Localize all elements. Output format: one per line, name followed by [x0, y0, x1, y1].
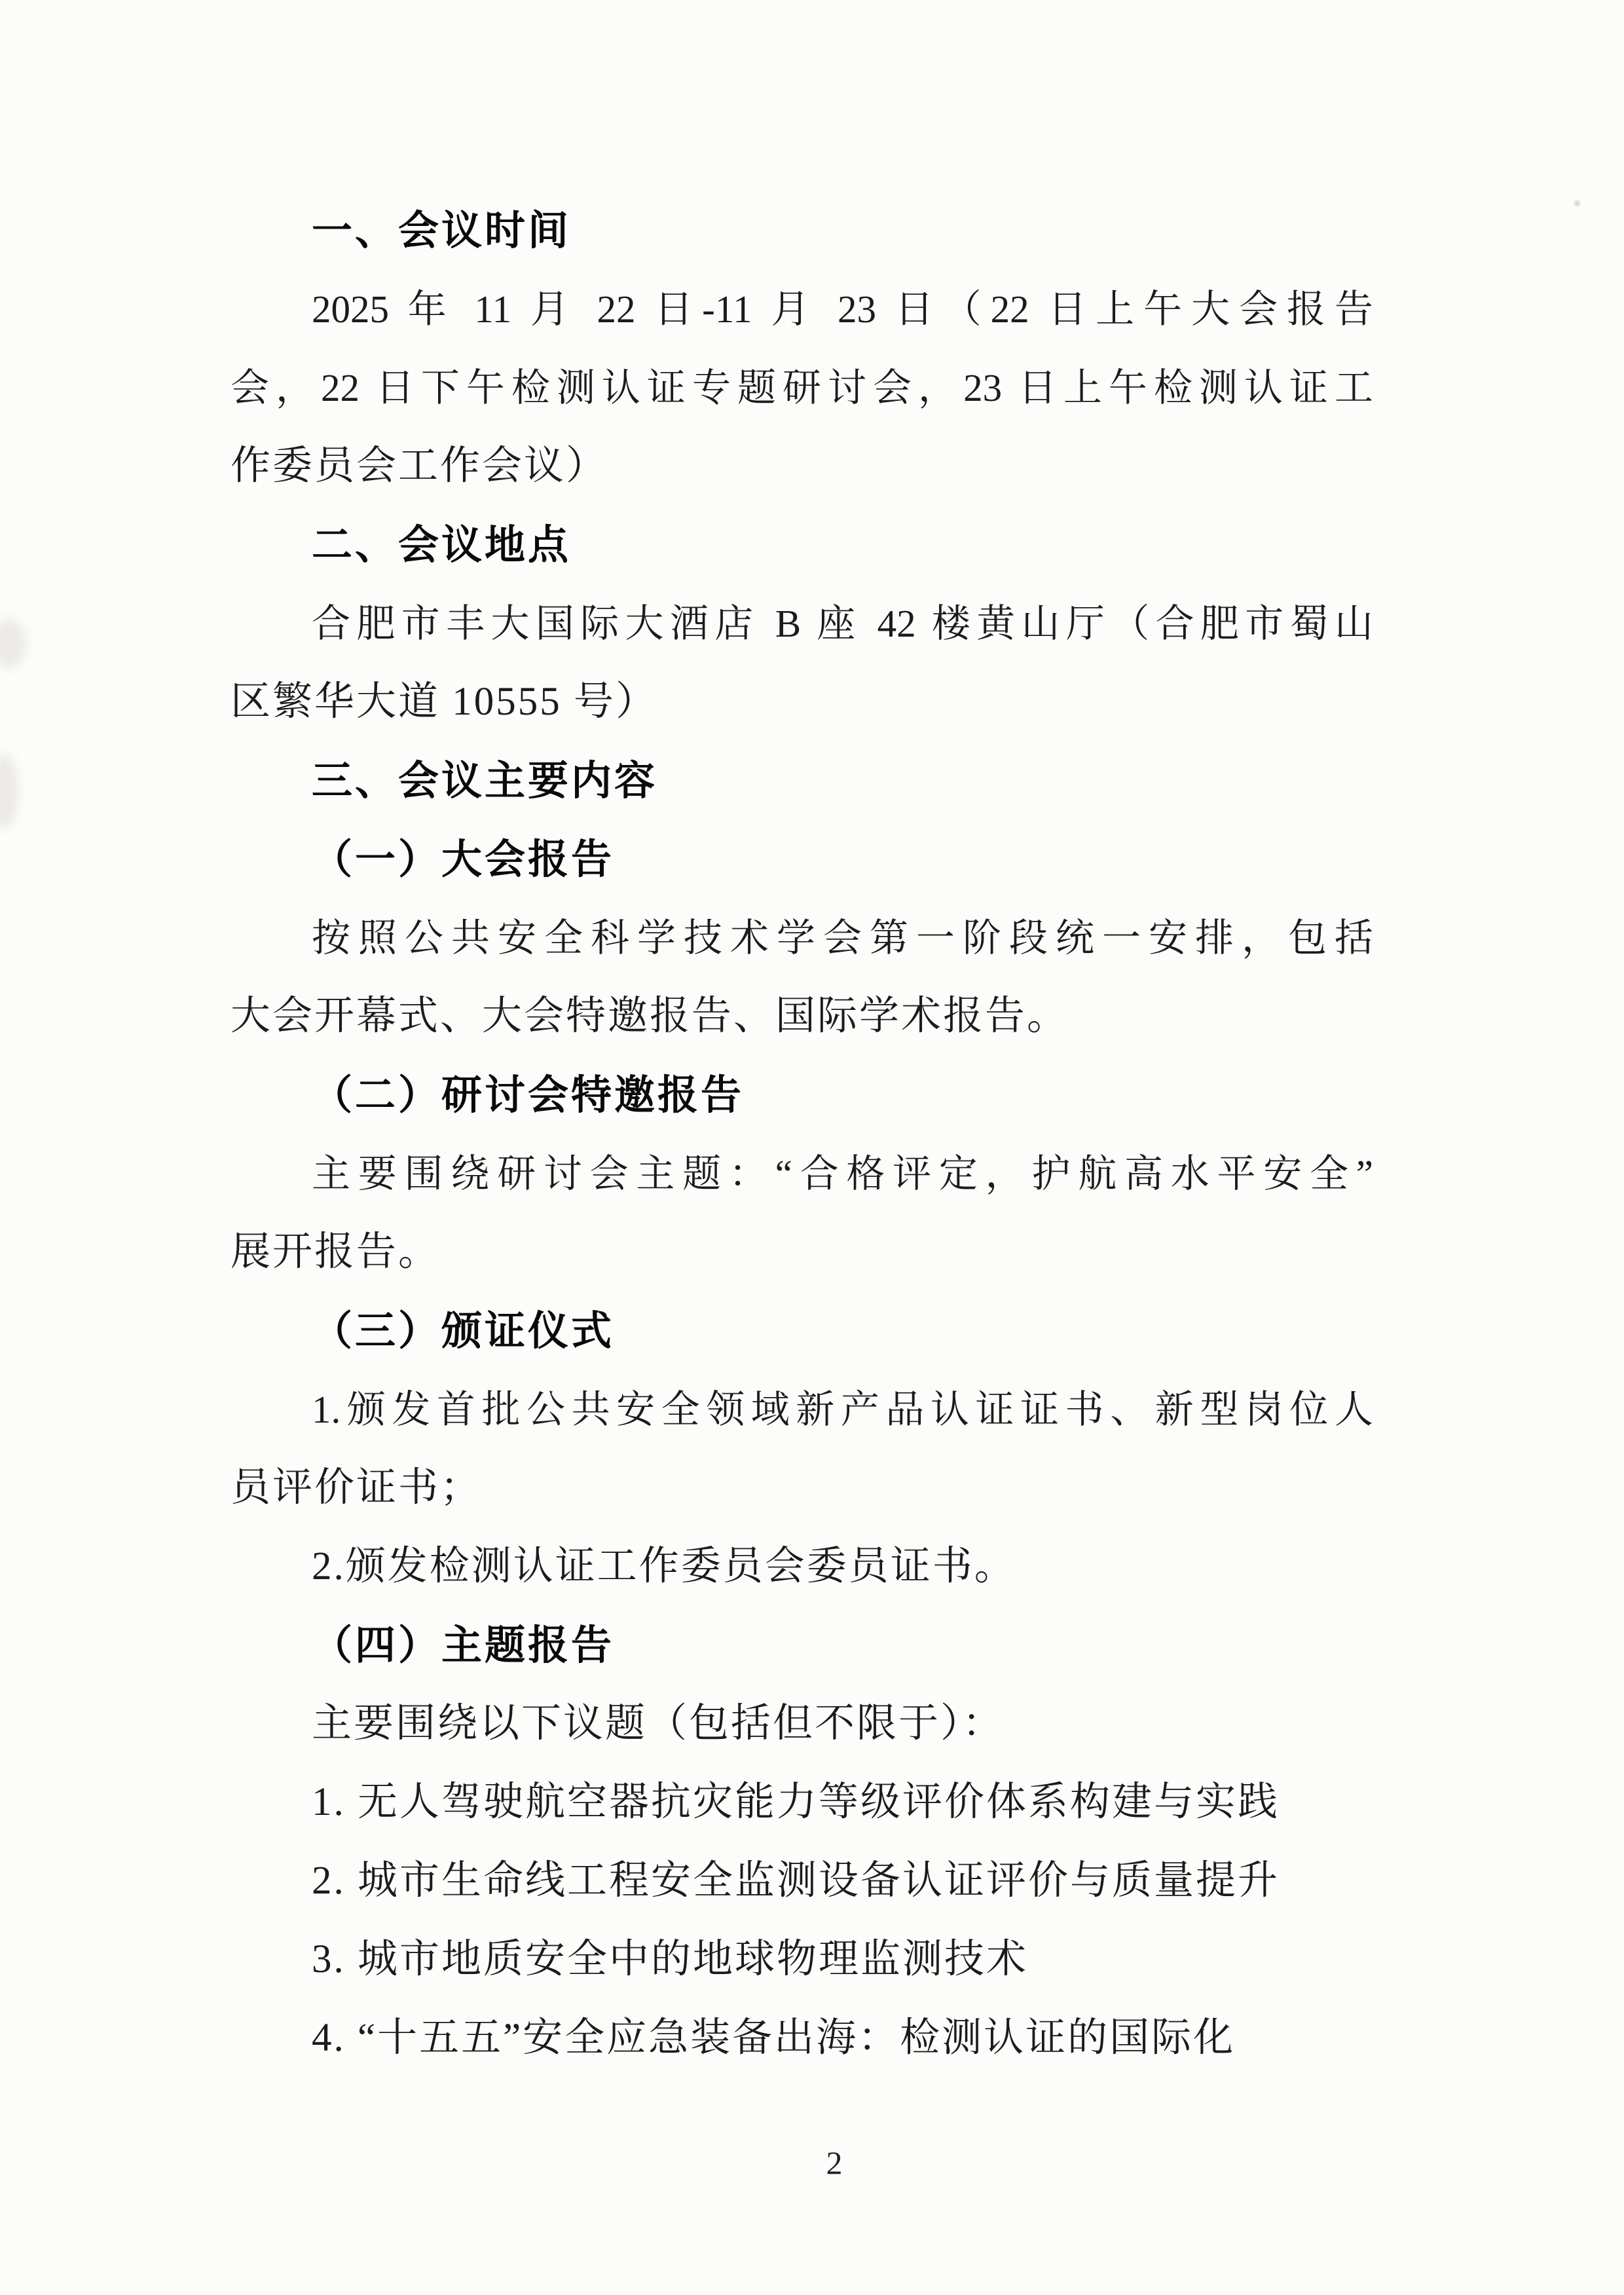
document-body: 一、会议时间2025 年 11 月 22 日-11 月 23 日（22 日上午大…: [231, 191, 1373, 2078]
document-line: 区繁华大道 10555 号）: [231, 663, 1373, 741]
section-heading: （四）主题报告: [231, 1606, 1373, 1685]
document-line: 主要围绕以下议题（包括但不限于）：: [231, 1685, 1373, 1763]
document-line: 4. “十五五”安全应急装备出海：检测认证的国际化: [231, 1999, 1373, 2078]
document-line: 2. 城市生命线工程安全监测设备认证评价与质量提升: [231, 1842, 1373, 1920]
section-heading: 三、会议主要内容: [231, 741, 1373, 820]
scan-artifact: [0, 753, 18, 829]
document-line: 3. 城市地质安全中的地球物理监测技术: [231, 1920, 1373, 1999]
section-heading: 二、会议地点: [231, 506, 1373, 584]
document-line: 大会开幕式、大会特邀报告、国际学术报告。: [231, 977, 1373, 1056]
document-line: 2.颁发检测认证工作委员会委员证书。: [231, 1527, 1373, 1606]
scan-artifact: [1574, 200, 1580, 206]
document-line: 合肥市丰大国际大酒店 B 座 42 楼黄山厅（合肥市蜀山: [231, 584, 1373, 663]
page-number: 2: [22, 2136, 1624, 2189]
document-line: 会，22 日下午检测认证专题研讨会，23 日上午检测认证工: [231, 348, 1373, 427]
document-line: 2025 年 11 月 22 日-11 月 23 日（22 日上午大会报告: [231, 270, 1373, 348]
section-heading: （三）颁证仪式: [231, 1292, 1373, 1370]
document-line: 1. 无人驾驶航空器抗灾能力等级评价体系构建与实践: [231, 1763, 1373, 1842]
section-heading: （二）研讨会特邀报告: [231, 1056, 1373, 1134]
section-heading: （一）大会报告: [231, 820, 1373, 899]
scanned-document-page: 一、会议时间2025 年 11 月 22 日-11 月 23 日（22 日上午大…: [0, 0, 1624, 2295]
document-line: 主要围绕研讨会主题：“合格评定，护航高水平安全”: [231, 1134, 1373, 1213]
scan-artifact: [0, 619, 26, 668]
section-heading: 一、会议时间: [231, 191, 1373, 270]
document-line: 1.颁发首批公共安全领域新产品认证证书、新型岗位人: [231, 1370, 1373, 1449]
document-line: 展开报告。: [231, 1213, 1373, 1292]
document-line: 作委员会工作会议）: [231, 427, 1373, 506]
document-line: 员评价证书；: [231, 1449, 1373, 1527]
document-line: 按照公共安全科学技术学会第一阶段统一安排，包括: [231, 899, 1373, 977]
